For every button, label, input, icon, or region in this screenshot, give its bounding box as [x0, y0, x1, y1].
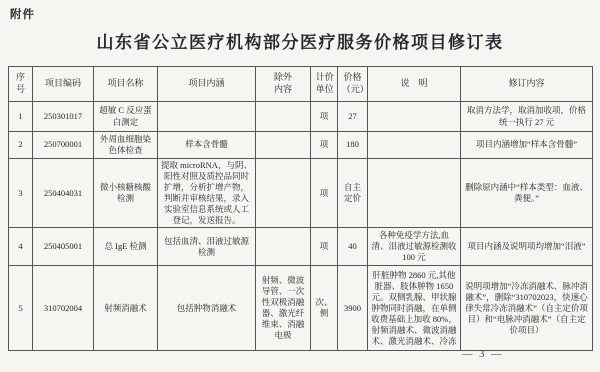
cell-content — [158, 102, 256, 132]
cell-unit: 次、侧 — [311, 266, 338, 351]
cell-excluded: 射频、微波导管、一次性双极消融器、激光纤维束、消融电极 — [256, 266, 311, 351]
cell-name: 外周血细胞染色体检查 — [94, 132, 158, 159]
cell-excluded-text: 射频、微波导管、一次性双极消融器、激光纤维束、消融电极 — [259, 275, 307, 341]
page-number: — 3 — — [462, 349, 504, 360]
header-revision: 修订内容 — [461, 67, 593, 102]
cell-seq: 2 — [9, 132, 33, 159]
table-row: 1 250301017 超敏 C 反应蛋白测定 项 27 取消方法学，取消加收项… — [9, 102, 593, 132]
cell-code: 250700001 — [33, 132, 94, 159]
cell-name: 射频消融术 — [94, 266, 158, 351]
header-code: 项目编码 — [33, 67, 94, 102]
cell-code: 250301017 — [33, 102, 94, 132]
cell-code: 250404031 — [33, 159, 94, 228]
cell-name: 超敏 C 反应蛋白测定 — [94, 102, 158, 132]
header-excluded-label: 除外内容 — [272, 72, 294, 95]
cell-seq: 1 — [9, 102, 33, 132]
header-unit: 计价单位 — [311, 67, 338, 102]
cell-note-text: 肝脏肿物 2860 元,其他脏器、肢体肿物 1650 元。双侧乳腺、甲状腺肿物同… — [371, 270, 457, 347]
table-header-row: 序号 项目编码 项目名称 项目内涵 除外内容 计价单位 价格（元） 说 明 修订… — [9, 67, 593, 102]
cell-unit: 项 — [311, 132, 338, 159]
header-unit-label: 计价单位 — [314, 72, 336, 95]
cell-excluded — [256, 102, 311, 132]
cell-price: 40 — [338, 228, 368, 266]
cell-excluded — [256, 228, 311, 266]
cell-seq: 4 — [9, 228, 33, 266]
cell-note — [368, 102, 461, 132]
cell-seq: 3 — [9, 159, 33, 228]
cell-revision: 项目内涵增加“样本含骨髓” — [461, 132, 593, 159]
table-row: 2 250700001 外周血细胞染色体检查 样本含骨髓 项 180 项目内涵增… — [9, 132, 593, 159]
table-row: 4 250405001 总 IgE 检测 包括血清、泪液过敏源检测 项 40 各… — [9, 228, 593, 266]
header-name: 项目名称 — [94, 67, 158, 102]
cell-revision: 删除原内涵中“样本类型：血液、粪便。” — [461, 159, 593, 228]
cell-revision: 取消方法学，取消加收项，价格统一执行 27 元 — [461, 102, 593, 132]
cell-code: 310702004 — [33, 266, 94, 351]
cell-price: 180 — [338, 132, 368, 159]
cell-name: 总 IgE 检测 — [94, 228, 158, 266]
header-excluded: 除外内容 — [256, 67, 311, 102]
header-note: 说 明 — [368, 67, 461, 102]
cell-unit: 项 — [311, 159, 338, 228]
cell-content: 包括血清、泪液过敏源检测 — [158, 228, 256, 266]
cell-note: 肝脏肿物 2860 元,其他脏器、肢体肿物 1650 元。双侧乳腺、甲状腺肿物同… — [368, 266, 461, 351]
cell-seq: 5 — [9, 266, 33, 351]
header-content: 项目内涵 — [158, 67, 256, 102]
header-seq: 序号 — [9, 67, 33, 102]
cell-content: 包括肿物消融术 — [158, 266, 256, 351]
header-price: 价格（元） — [338, 67, 368, 102]
cell-name: 微小核糖核酸检测 — [94, 159, 158, 228]
page-title: 山东省公立医疗机构部分医疗服务价格项目修订表 — [0, 28, 600, 53]
cell-excluded — [256, 159, 311, 228]
cell-revision: 说明项增加“冷冻消融术、脉冲消融术”，删除“310702023，快速心律失常冷冻… — [461, 266, 593, 351]
table-row: 3 250404031 微小核糖核酸检测 提取 microRNA，与阴、阳性对照… — [9, 159, 593, 228]
cell-note — [368, 159, 461, 228]
cell-code: 250405001 — [33, 228, 94, 266]
cell-revision: 项目内涵及说明项均增加“泪液” — [461, 228, 593, 266]
cell-content: 提取 microRNA，与阴、阳性对照及质控品同时扩增，分析扩增产物，判断并审核… — [158, 159, 256, 228]
attachment-label: 附件 — [10, 6, 35, 22]
cell-note — [368, 132, 461, 159]
cell-unit: 项 — [311, 228, 338, 266]
cell-price: 3900 — [338, 266, 368, 351]
cell-price: 自主定价 — [338, 159, 368, 228]
cell-unit: 项 — [311, 102, 338, 132]
cell-revision-text: 说明项增加“冷冻消融术、脉冲消融术”，删除“310702023，快速心律失常冷冻… — [464, 281, 589, 336]
cell-note: 各种免疫学方法,血清、泪液过敏源检测收 100 元 — [368, 228, 461, 266]
price-revision-table: 序号 项目编码 项目名称 项目内涵 除外内容 计价单位 价格（元） 说 明 修订… — [8, 66, 593, 351]
header-price-label: 价格（元） — [342, 72, 364, 95]
cell-price: 27 — [338, 102, 368, 132]
cell-content: 样本含骨髓 — [158, 132, 256, 159]
cell-excluded — [256, 132, 311, 159]
table-row: 5 310702004 射频消融术 包括肿物消融术 射频、微波导管、一次性双极消… — [9, 266, 593, 351]
